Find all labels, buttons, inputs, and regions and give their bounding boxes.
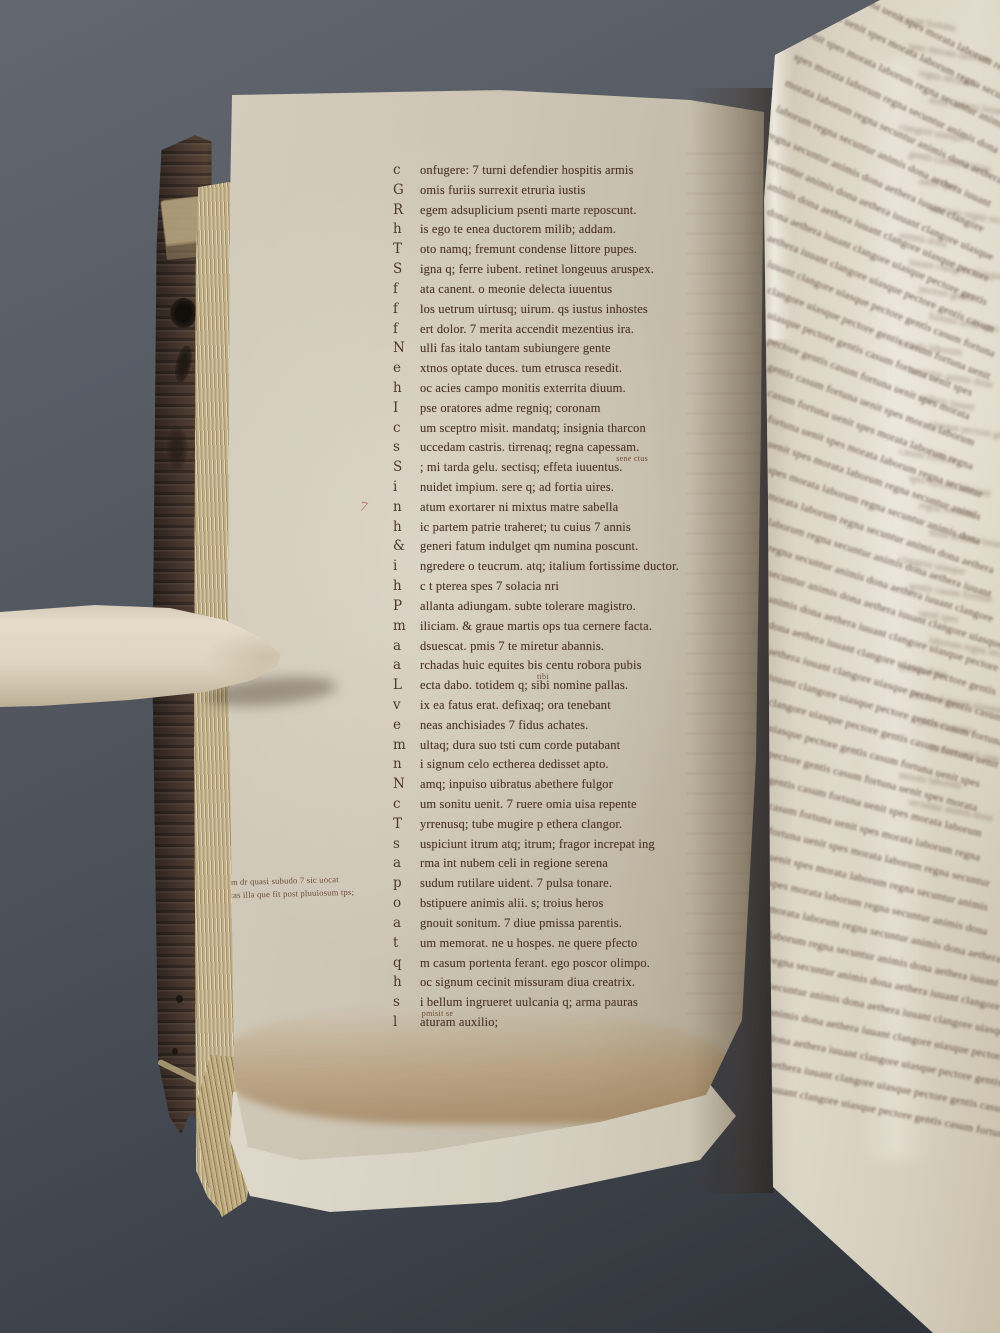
verse-initial: q <box>393 955 420 971</box>
verse-text: atum exortarer ni mixtus matre sabella <box>420 500 618 515</box>
verse-text: rma int nubem celi in regione serena <box>420 856 608 871</box>
verse-text: uccedam castris. tirrenaq; regna capessa… <box>420 440 639 455</box>
blurred-margin-line: secuntur animis dona <box>908 365 994 391</box>
blurred-margin-line: pectore gentis <box>918 284 975 305</box>
blurred-margin-line: secuntur animis dona <box>908 797 994 824</box>
verse-text: is ego te enea ductorem milib; addam. <box>420 222 616 237</box>
manuscript-photo: confugere: 7 turni defendier hospitis ar… <box>0 0 1000 1333</box>
verse-initial: N <box>393 340 420 356</box>
verse-text: um sonitu uenit. 7 ruere omia uisa repen… <box>420 797 637 812</box>
verse-initial: c <box>393 796 420 812</box>
verse-text: oto namq; fremunt condense littore pupes… <box>420 242 637 257</box>
blurred-margin-line: laborum regna secuntur <box>928 635 1000 664</box>
blurred-margin-line: gentis casum fortuna <box>908 149 992 176</box>
verse-initial: t <box>393 935 420 951</box>
verse-initial: m <box>393 737 420 753</box>
blurred-margin-line: uenit spes <box>918 176 959 193</box>
verse-text: omis furiis surrexit etruria iustis <box>420 183 586 198</box>
verse-initial: a <box>393 915 420 931</box>
blurred-margin-line: clangore uiasque <box>898 554 966 578</box>
verse-initial: h <box>393 578 420 594</box>
verse-initial: R <box>393 202 420 218</box>
verse-initial: T <box>393 241 420 257</box>
blurred-margin-line: uenit spes <box>918 608 959 626</box>
verse-text: yrrenusq; tube mugire p ethera clangor. <box>420 817 622 832</box>
interlinear-gloss: sene ctus <box>616 454 648 463</box>
verse-text: sudum rutilare uident. 7 pulsa tonare. <box>420 876 612 891</box>
verse-initial: m <box>393 618 420 634</box>
verse-initial: h <box>393 380 420 396</box>
verse-text: gnouit sonitum. 7 diue pmissa parentis. <box>420 916 622 931</box>
blurred-margin-line: laborum regna secuntur <box>928 203 1000 230</box>
verse-initial: c <box>393 162 420 178</box>
verse-text: i signum celo ectherea dedisset apto. <box>420 757 609 772</box>
interlinear-gloss: pmisit se <box>422 1009 453 1018</box>
blurred-margin-line: regna secuntur <box>918 500 978 520</box>
verse-initial: f <box>393 301 420 317</box>
verse-initial: i <box>393 479 420 495</box>
verse-initial: h <box>393 221 420 237</box>
left-page: confugere: 7 turni defendier hospitis ar… <box>218 86 770 1201</box>
gutter-shadow <box>690 88 774 1193</box>
verse-text: ert dolor. 7 merita accendit mezentius i… <box>420 322 634 337</box>
blurred-margin-line: aethera iuuant <box>918 392 975 414</box>
blurred-margin-line: casum fortuna <box>898 14 956 34</box>
verse-text: ic partem patrie traheret; tu cuius 7 an… <box>420 520 631 535</box>
verse-initial: e <box>393 360 420 376</box>
blurred-margin-line: gentis casum fortuna <box>908 581 992 605</box>
verse-initial: P <box>393 598 420 614</box>
verse-initial: n <box>393 756 420 772</box>
verse-initial: I <box>393 400 420 416</box>
verse-text: c t pterea spes 7 solacia nri <box>420 579 559 594</box>
verse-text: nuidet impium. sere q; ad fortia uires. <box>420 480 614 495</box>
blurred-margin-line: iuuant clangore uiasque <box>908 257 1000 283</box>
verse-text: oc signum cecinit missuram diua creatrix… <box>420 975 635 990</box>
verse-initial: T <box>393 816 420 832</box>
verse-initial: n <box>393 499 420 515</box>
blurred-margin-line: pectore gentis <box>918 716 975 737</box>
verse-text: bstipuere animis alii. s; troius heros <box>420 896 603 911</box>
blurred-margin-line: fortuna uenit spes <box>928 311 1000 335</box>
right-page: casum fortuna uenit spes morata laborum … <box>742 0 1000 1333</box>
verse-initial: v <box>393 697 420 713</box>
verse-initial: c <box>393 420 420 436</box>
blurred-margin-line: dona aethera iuuant <box>928 527 1000 551</box>
verse-initial: h <box>393 519 420 535</box>
verse-text: ecta dabo. totidem q; sibi nomine pallas… <box>420 678 628 693</box>
verse-initial: L <box>393 677 420 693</box>
blurred-margin-line: morata laborum <box>898 770 963 792</box>
blurred-margin-line: spes morata laborum <box>908 473 992 500</box>
verse-text: pse oratores adme regniq; coronam <box>420 401 601 416</box>
verse-initial: a <box>393 638 420 654</box>
verse-text: iliciam. & graue martis ops tua cernere … <box>420 619 652 634</box>
verse-text: generi fatum indulget qm numina poscunt. <box>420 539 638 554</box>
verse-text: ata canent. o meonie delecta iuuentus <box>420 282 612 297</box>
verse-initial: a <box>393 657 420 673</box>
verse-text: i bellum ingrueret uulcania q; arma paur… <box>420 995 638 1010</box>
verse-initial: s <box>393 439 420 455</box>
verse-text: um sceptro misit. mandatq; insignia thar… <box>420 421 646 436</box>
verse-text: igna q; ferre iubent. retinet longeuus a… <box>420 262 654 277</box>
verse-text: m casum portenta ferant. ego poscor olim… <box>420 956 650 971</box>
verse-initial: N <box>393 776 420 792</box>
verse-text: ix ea fatus erat. defixaq; ora tenebant <box>420 698 611 713</box>
blurred-margin-line: spes morata laborum <box>908 41 992 66</box>
verse-initial: i <box>393 558 420 574</box>
verse-text: dsuescat. pmis 7 te miretur abannis. <box>420 639 604 654</box>
verse-initial: f <box>393 281 420 297</box>
verse-initial: s <box>393 836 420 852</box>
verse-text: allanta adiungam. subte tolerare magistr… <box>420 599 636 614</box>
blurred-margin-line: clangore uiasque <box>898 122 966 145</box>
verse-initial: l <box>393 1014 420 1030</box>
verse-initial: S <box>393 261 420 277</box>
verse-initial: & <box>393 538 420 554</box>
verse-text: rchadas huic equites bis centu robora pu… <box>420 658 642 673</box>
spine-worm-hole <box>170 298 197 328</box>
blurred-margin-line: uiasque pectore gentis <box>928 419 1000 444</box>
verse-text: xtnos optate duces. tum etrusca resedit. <box>420 361 622 376</box>
blurred-margin-line: regna secuntur <box>918 68 978 90</box>
margin-note: sudum dr quasi subudo 7 sic uocat clarit… <box>214 872 405 903</box>
verse-text: amq; inpuiso uibratus abethere fulgor <box>420 777 613 792</box>
verse-initial: h <box>393 974 420 990</box>
verse-initial: G <box>393 182 420 198</box>
verse-initial: f <box>393 321 420 337</box>
spine-damage-mark <box>166 425 188 471</box>
blurred-margin-line: animis dona <box>898 230 948 250</box>
blurred-margin-line: morata laborum <box>898 338 963 359</box>
verse-initial: S <box>393 459 420 475</box>
blurred-margin-line: animis dona <box>898 662 948 680</box>
verse-text: egem adsuplicium psenti marte reposcunt. <box>420 203 637 218</box>
margin-mark: 7 <box>358 499 369 516</box>
blurred-margin-line: fortuna uenit spes <box>928 743 1000 765</box>
verse-text: ngredere o teucrum. atq; italium fortiss… <box>420 559 679 574</box>
verse-text: ultaq; dura suo tsti cum corde putabant <box>420 738 620 753</box>
right-page-margin-text: casum fortunaspes morata laborumregna se… <box>742 0 1000 1333</box>
blurred-margin-line: dona aethera iuuant <box>928 95 1000 118</box>
verse-text: los uetrum uirtusq; uirum. qs iustus inh… <box>420 302 648 317</box>
verse-text: neas anchisiades 7 fidus achates. <box>420 718 588 733</box>
verse-initial: a <box>393 855 420 871</box>
verse-text: um memorat. ne u hospes. ne quere pfecto <box>420 936 637 951</box>
verse-text: onfugere: 7 turni defendier hospitis arm… <box>420 163 634 178</box>
verse-text: ; mi tarda gelu. sectisq; effeta iuuentu… <box>420 460 623 475</box>
blurred-margin-line: iuuant clangore uiasque <box>908 689 1000 716</box>
verse-text: ulli fas italo tantam subiungere gente <box>420 341 611 356</box>
verse-text: oc acies campo monitis exterrita diuum. <box>420 381 626 396</box>
spine-worm-hole <box>172 1048 178 1055</box>
verse-initial: s <box>393 994 420 1010</box>
verse-text: uspiciunt itrum atq; itrum; fragor incre… <box>420 837 655 852</box>
verse-initial: e <box>393 717 420 733</box>
interlinear-gloss: tibi <box>537 672 549 681</box>
blurred-margin-line: casum fortuna <box>898 446 956 467</box>
spine-worm-hole <box>176 995 183 1003</box>
